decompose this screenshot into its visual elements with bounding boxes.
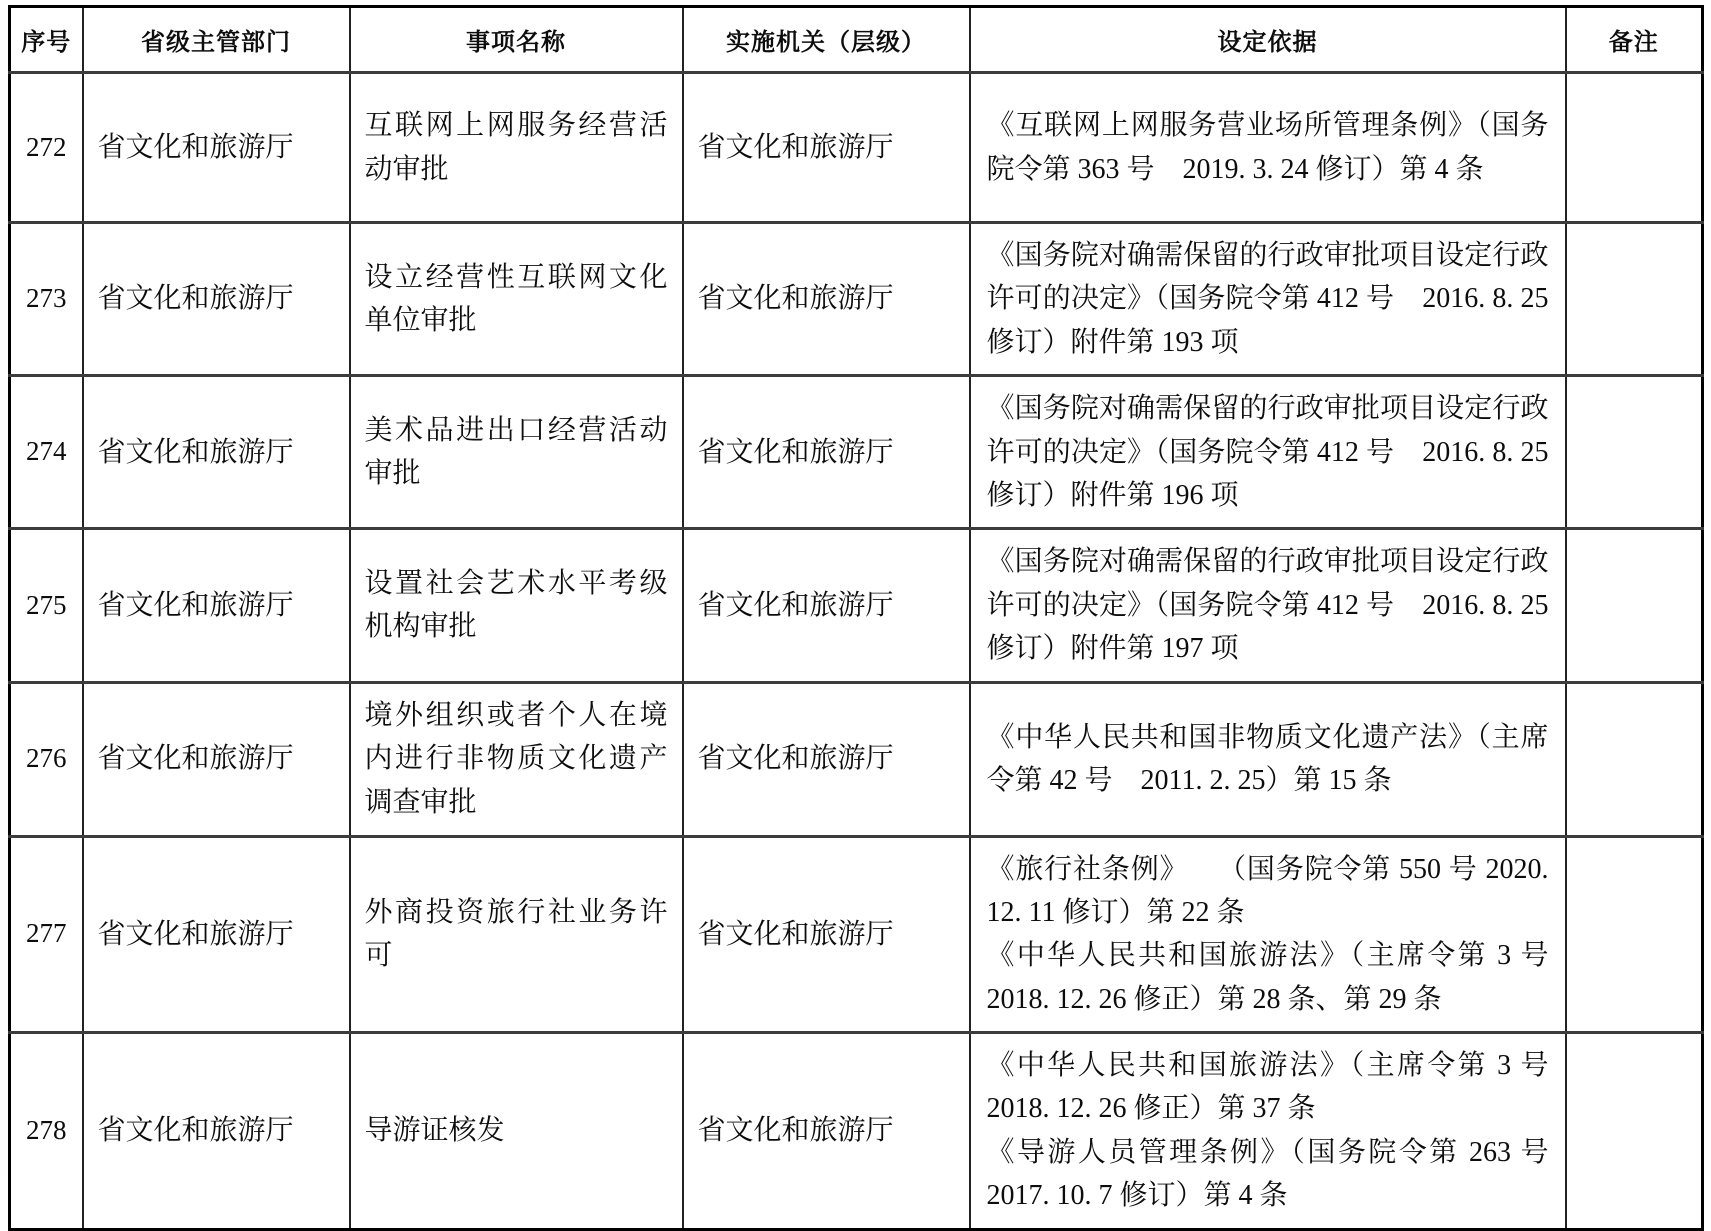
header-row: 序号 省级主管部门 事项名称 实施机关（层级） 设定依据 备注 [10,7,1703,73]
cell-legal-basis: 《互联网上网服务营业场所管理条例》（国务院令第 363 号 2019. 3. 2… [970,73,1566,223]
column-header-item-name: 事项名称 [350,7,683,73]
cell-item-name: 境外组织或者个人在境内进行非物质文化遗产调查审批 [350,682,683,836]
cell-serial-number: 272 [10,73,83,223]
legal-basis-citation: 《国务院对确需保留的行政审批项目设定行政许可的决定》（国务院令第 412 号 2… [987,234,1549,364]
column-header-department: 省级主管部门 [83,7,350,73]
cell-department: 省文化和旅游厅 [83,376,350,529]
legal-basis-citation: 《导游人员管理条例》（国务院令第 263 号 2017. 10. 7 修订）第 … [987,1131,1549,1218]
cell-agency: 省文化和旅游厅 [683,836,970,1033]
cell-item-name: 美术品进出口经营活动审批 [350,376,683,529]
cell-serial-number: 278 [10,1033,83,1230]
table-row: 274 省文化和旅游厅 美术品进出口经营活动审批 省文化和旅游厅 《国务院对确需… [10,376,1703,529]
table-row: 273 省文化和旅游厅 设立经营性互联网文化单位审批 省文化和旅游厅 《国务院对… [10,223,1703,376]
cell-serial-number: 277 [10,836,83,1033]
cell-item-name: 设置社会艺术水平考级机构审批 [350,529,683,682]
cell-department: 省文化和旅游厅 [83,223,350,376]
cell-remark [1566,529,1703,682]
legal-basis-citation: 《旅行社条例》 （国务院令第 550 号 2020. 12. 11 修订）第 2… [987,848,1549,935]
cell-item-name: 导游证核发 [350,1033,683,1230]
table-row: 275 省文化和旅游厅 设置社会艺术水平考级机构审批 省文化和旅游厅 《国务院对… [10,529,1703,682]
cell-remark [1566,73,1703,223]
cell-legal-basis: 《旅行社条例》 （国务院令第 550 号 2020. 12. 11 修订）第 2… [970,836,1566,1033]
document-page: 序号 省级主管部门 事项名称 实施机关（层级） 设定依据 备注 272 省文化和… [0,0,1711,1175]
approval-items-table: 序号 省级主管部门 事项名称 实施机关（层级） 设定依据 备注 272 省文化和… [8,5,1704,1231]
cell-agency: 省文化和旅游厅 [683,529,970,682]
cell-legal-basis: 《中华人民共和国非物质文化遗产法》（主席令第 42 号 2011. 2. 25）… [970,682,1566,836]
cell-legal-basis: 《国务院对确需保留的行政审批项目设定行政许可的决定》（国务院令第 412 号 2… [970,223,1566,376]
table-row: 276 省文化和旅游厅 境外组织或者个人在境内进行非物质文化遗产调查审批 省文化… [10,682,1703,836]
column-header-serial-number: 序号 [10,7,83,73]
cell-department: 省文化和旅游厅 [83,529,350,682]
cell-item-name: 外商投资旅行社业务许可 [350,836,683,1033]
column-header-agency: 实施机关（层级） [683,7,970,73]
table-row: 277 省文化和旅游厅 外商投资旅行社业务许可 省文化和旅游厅 《旅行社条例》 … [10,836,1703,1033]
legal-basis-citation: 《互联网上网服务营业场所管理条例》（国务院令第 363 号 2019. 3. 2… [987,104,1549,191]
legal-basis-citation: 《国务院对确需保留的行政审批项目设定行政许可的决定》（国务院令第 412 号 2… [987,540,1549,670]
cell-department: 省文化和旅游厅 [83,682,350,836]
cell-item-name: 互联网上网服务经营活动审批 [350,73,683,223]
cell-serial-number: 275 [10,529,83,682]
cell-agency: 省文化和旅游厅 [683,1033,970,1230]
column-header-remark: 备注 [1566,7,1703,73]
cell-serial-number: 273 [10,223,83,376]
cell-department: 省文化和旅游厅 [83,73,350,223]
cell-serial-number: 276 [10,682,83,836]
cell-department: 省文化和旅游厅 [83,836,350,1033]
cell-agency: 省文化和旅游厅 [683,376,970,529]
cell-legal-basis: 《国务院对确需保留的行政审批项目设定行政许可的决定》（国务院令第 412 号 2… [970,376,1566,529]
cell-agency: 省文化和旅游厅 [683,223,970,376]
cell-legal-basis: 《国务院对确需保留的行政审批项目设定行政许可的决定》（国务院令第 412 号 2… [970,529,1566,682]
cell-legal-basis: 《中华人民共和国旅游法》（主席令第 3 号 2018. 12. 26 修正）第 … [970,1033,1566,1230]
legal-basis-citation: 《中华人民共和国旅游法》（主席令第 3 号 2018. 12. 26 修正）第 … [987,1044,1549,1131]
legal-basis-citation: 《中华人民共和国非物质文化遗产法》（主席令第 42 号 2011. 2. 25）… [987,716,1549,803]
cell-agency: 省文化和旅游厅 [683,682,970,836]
cell-serial-number: 274 [10,376,83,529]
cell-remark [1566,376,1703,529]
cell-remark [1566,1033,1703,1230]
cell-department: 省文化和旅游厅 [83,1033,350,1230]
legal-basis-citation: 《国务院对确需保留的行政审批项目设定行政许可的决定》（国务院令第 412 号 2… [987,387,1549,517]
table-row: 272 省文化和旅游厅 互联网上网服务经营活动审批 省文化和旅游厅 《互联网上网… [10,73,1703,223]
cell-remark [1566,223,1703,376]
table-row: 278 省文化和旅游厅 导游证核发 省文化和旅游厅 《中华人民共和国旅游法》（主… [10,1033,1703,1230]
column-header-legal-basis: 设定依据 [970,7,1566,73]
cell-remark [1566,682,1703,836]
cell-item-name: 设立经营性互联网文化单位审批 [350,223,683,376]
cell-remark [1566,836,1703,1033]
cell-agency: 省文化和旅游厅 [683,73,970,223]
legal-basis-citation: 《中华人民共和国旅游法》（主席令第 3 号 2018. 12. 26 修正）第 … [987,934,1549,1021]
